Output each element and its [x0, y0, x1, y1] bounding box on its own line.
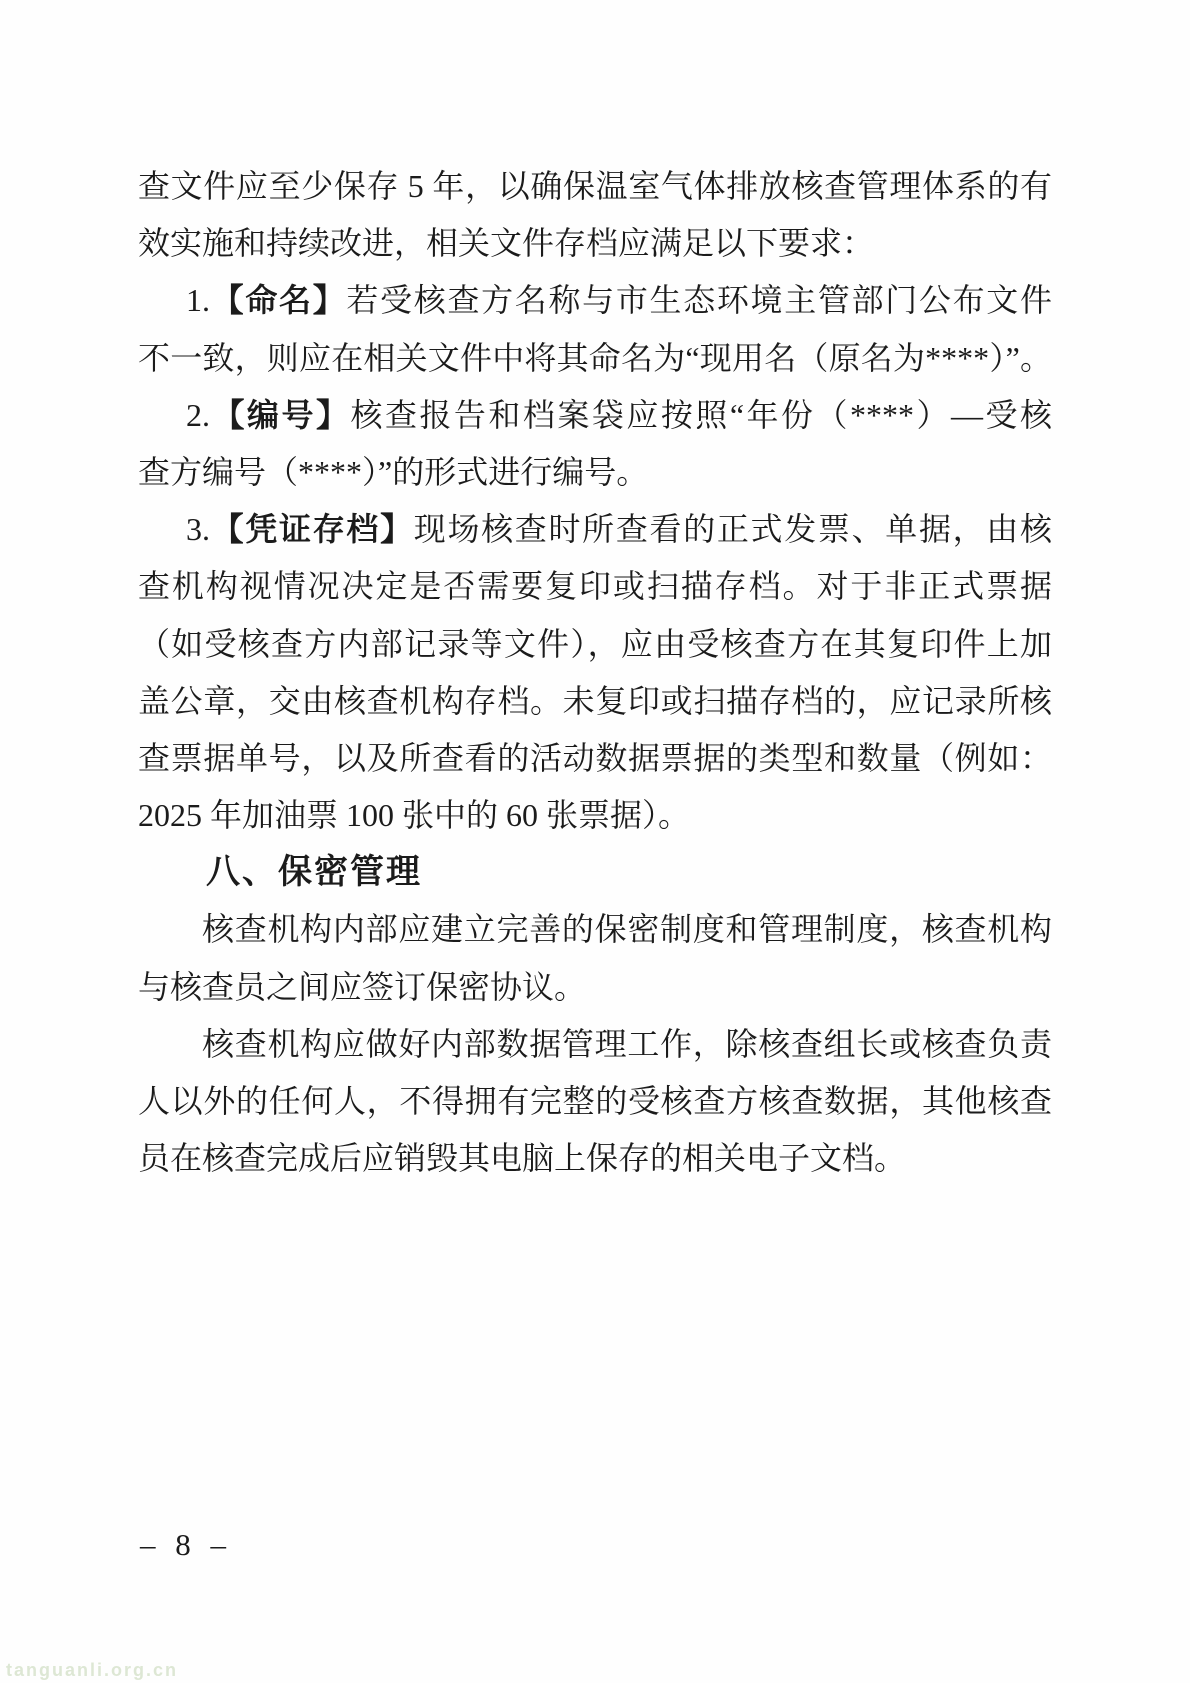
text-run: 人以外的任何人，不得拥有完整的受核查方核查数据，其他核查: [138, 1083, 1052, 1119]
emphasized-text: 【命名】: [210, 282, 346, 318]
emphasized-text: 八、保密管理: [206, 853, 422, 891]
text-line: 查票据单号，以及所查看的活动数据票据的类型和数量（例如：: [138, 730, 1052, 787]
text-run: 查机构视情况决定是否需要复印或扫描存档。对于非正式票据: [138, 568, 1052, 604]
text-run: 与核查员之间应签订保密协议。: [138, 969, 586, 1005]
text-line: （如受核查方内部记录等文件），应由受核查方在其复印件上加: [138, 616, 1052, 673]
text-line: 1.【命名】若受核查方名称与市生态环境主管部门公布文件: [138, 272, 1052, 329]
document-page: 查文件应至少保存 5 年，以确保温室气体排放核查管理体系的有效实施和持续改进，相…: [0, 0, 1190, 1683]
text-run: 不一致，则应在相关文件中将其命名为“现用名（原名为****）”。: [138, 340, 1052, 376]
text-run: 核查机构内部应建立完善的保密制度和管理制度，核查机构: [202, 911, 1052, 947]
text-line: 与核查员之间应签订保密协议。: [138, 959, 1052, 1016]
text-line: 人以外的任何人，不得拥有完整的受核查方核查数据，其他核查: [138, 1073, 1052, 1130]
text-run: 1.: [186, 282, 210, 318]
text-run: 查文件应至少保存 5 年，以确保温室气体排放核查管理体系的有: [138, 168, 1052, 204]
text-run: 3.: [186, 511, 210, 547]
text-run: 盖公章，交由核查机构存档。未复印或扫描存档的，应记录所核: [138, 683, 1052, 719]
text-run: 查方编号（****）”的形式进行编号。: [138, 454, 648, 490]
text-line: 2025 年加油票 100 张中的 60 张票据）。: [138, 787, 1052, 844]
text-line: 盖公章，交由核查机构存档。未复印或扫描存档的，应记录所核: [138, 673, 1052, 730]
text-line: 核查机构内部应建立完善的保密制度和管理制度，核查机构: [138, 901, 1052, 958]
text-run: 2025 年加油票 100 张中的 60 张票据）。: [138, 797, 690, 833]
text-line: 查文件应至少保存 5 年，以确保温室气体排放核查管理体系的有: [138, 158, 1052, 215]
text-line: 查方编号（****）”的形式进行编号。: [138, 444, 1052, 501]
text-run: 2.: [186, 397, 210, 433]
text-run: （如受核查方内部记录等文件），应由受核查方在其复印件上加: [138, 626, 1052, 662]
document-body: 查文件应至少保存 5 年，以确保温室气体排放核查管理体系的有效实施和持续改进，相…: [138, 158, 1052, 1187]
page-number: – 8 –: [140, 1527, 232, 1563]
text-run: 现场核查时所查看的正式发票、单据，由核: [414, 511, 1052, 547]
text-run: 查票据单号，以及所查看的活动数据票据的类型和数量（例如：: [138, 740, 1052, 776]
text-line: 员在核查完成后应销毁其电脑上保存的相关电子文档。: [138, 1130, 1052, 1187]
text-run: 核查机构应做好内部数据管理工作，除核查组长或核查负责: [202, 1026, 1052, 1062]
emphasized-text: 【编号】: [210, 397, 350, 433]
text-run: 员在核查完成后应销毁其电脑上保存的相关电子文档。: [138, 1140, 906, 1176]
section-heading: 八、保密管理: [138, 844, 1052, 901]
text-line: 不一致，则应在相关文件中将其命名为“现用名（原名为****）”。: [138, 330, 1052, 387]
emphasized-text: 【凭证存档】: [210, 511, 414, 547]
text-line: 效实施和持续改进，相关文件存档应满足以下要求：: [138, 215, 1052, 272]
text-line: 查机构视情况决定是否需要复印或扫描存档。对于非正式票据: [138, 558, 1052, 615]
watermark: tanguanli.org.cn: [6, 1660, 178, 1681]
text-line: 2.【编号】核查报告和档案袋应按照“年份（****）—受核: [138, 387, 1052, 444]
text-run: 若受核查方名称与市生态环境主管部门公布文件: [346, 282, 1052, 318]
text-run: 核查报告和档案袋应按照“年份（****）—受核: [350, 397, 1052, 433]
text-line: 3.【凭证存档】现场核查时所查看的正式发票、单据，由核: [138, 501, 1052, 558]
text-line: 核查机构应做好内部数据管理工作，除核查组长或核查负责: [138, 1016, 1052, 1073]
text-run: 效实施和持续改进，相关文件存档应满足以下要求：: [138, 225, 874, 261]
